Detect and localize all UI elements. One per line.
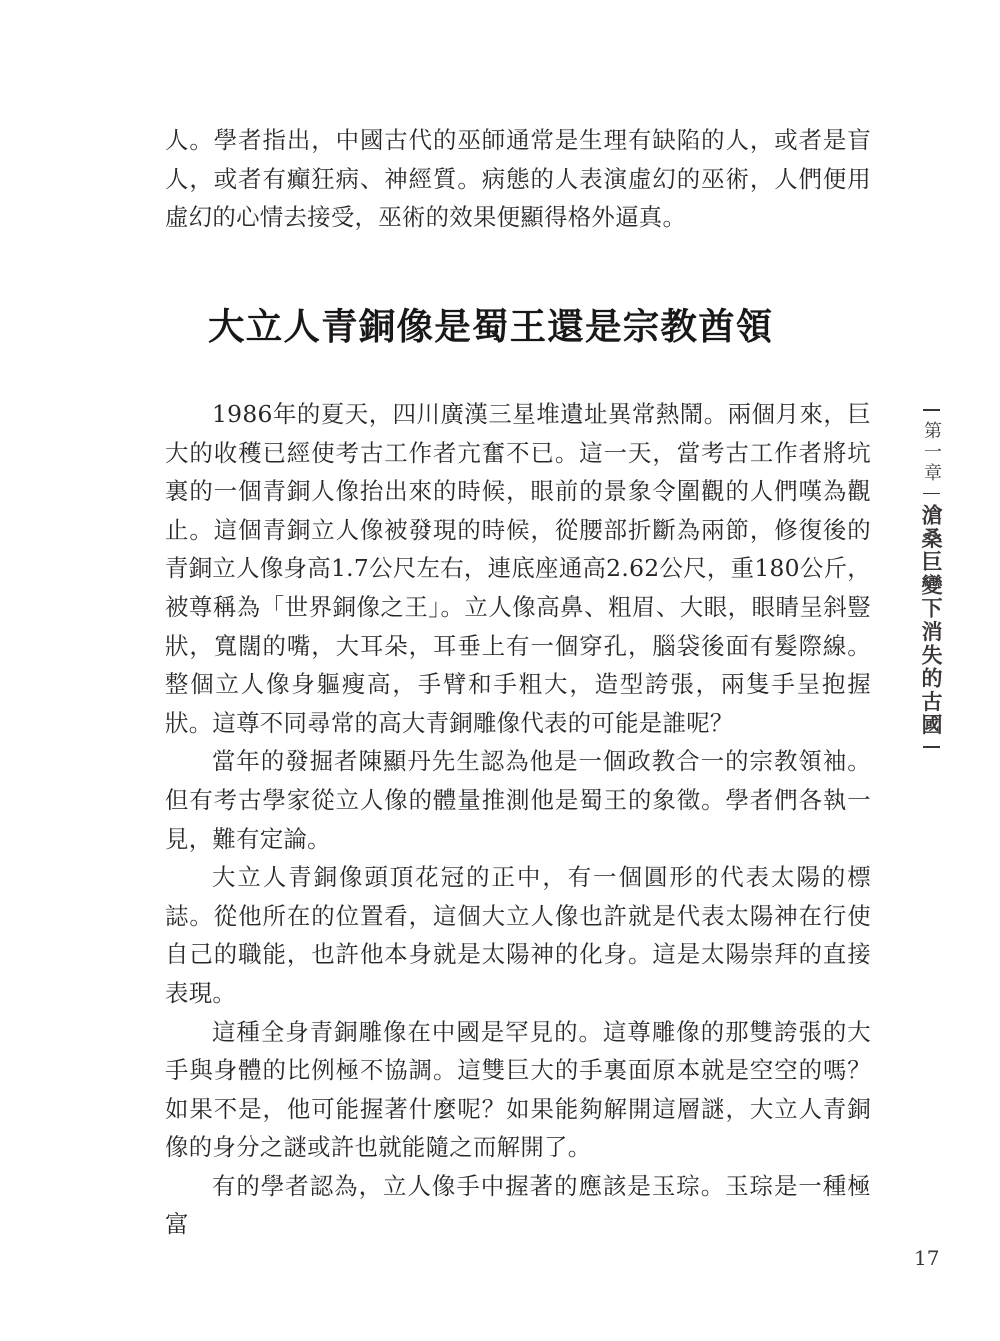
page-number: 17: [914, 1246, 939, 1270]
chapter-title: 滄桑巨變下消失的古國: [917, 504, 945, 737]
paragraph: 當年的發掘者陳顯丹先生認為他是一個政教合一的宗教領袖。但有考古學家從立人像的體量…: [165, 742, 871, 858]
section-title: 大立人青銅像是蜀王還是宗教酋領: [208, 299, 774, 355]
chapter-number: 第一章: [917, 421, 945, 484]
paragraph: 人。學者指出，中國古代的巫師通常是生理有缺陷的人，或者是盲人，或者有癲狂病、神經…: [165, 121, 871, 237]
paragraph: 這種全身青銅雕像在中國是罕見的。這尊雕像的那雙誇張的大手與身體的比例極不協調。這…: [165, 1013, 871, 1167]
book-page: 人。學者指出，中國古代的巫師通常是生理有缺陷的人，或者是盲人，或者有癲狂病、神經…: [0, 0, 1000, 1341]
section-body: 1986年的夏天，四川廣漢三星堆遺址異常熱鬧。兩個月來，巨大的收穫已經使考古工作…: [165, 395, 871, 1244]
divider: [923, 409, 940, 411]
intro-text: 人。學者指出，中國古代的巫師通常是生理有缺陷的人，或者是盲人，或者有癲狂病、神經…: [165, 121, 871, 237]
divider: [923, 493, 940, 495]
paragraph: 大立人青銅像頭頂花冠的正中，有一個圓形的代表太陽的標誌。從他所在的位置看，這個大…: [165, 858, 871, 1012]
paragraph: 1986年的夏天，四川廣漢三星堆遺址異常熱鬧。兩個月來，巨大的收穫已經使考古工作…: [165, 395, 871, 742]
running-head: 第一章 滄桑巨變下消失的古國: [918, 400, 944, 758]
divider: [923, 746, 940, 748]
paragraph: 有的學者認為，立人像手中握著的應該是玉琮。玉琮是一種極富: [165, 1167, 871, 1244]
